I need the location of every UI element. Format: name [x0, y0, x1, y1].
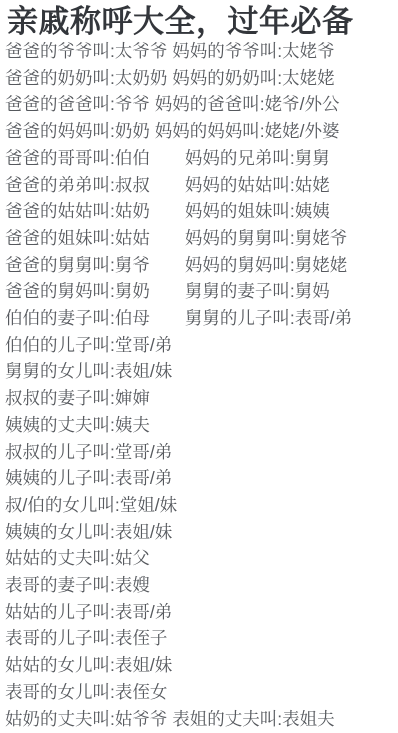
list-item: 爸爸的弟弟叫:叔叔 妈妈的姑姑叫:姑姥 [5, 172, 394, 199]
page-title: 亲戚称呼大全，过年必备 [7, 6, 394, 38]
list-item: 姑奶的丈夫叫:姑爷爷 表姐的丈夫叫:表姐夫 [5, 706, 394, 733]
kinship-list: 爸爸的爷爷叫:太爷爷 妈妈的爷爷叫:太姥爷爸爸的奶奶叫:太奶奶 妈妈的奶奶叫:太… [5, 38, 394, 732]
list-item: 爸爸的爸爸叫:爷爷 妈妈的爸爸叫:姥爷/外公 [5, 91, 394, 118]
list-item: 表哥的儿子叫:表侄子 [5, 625, 394, 652]
list-item: 姨姨的女儿叫:表姐/妹 [5, 519, 394, 546]
list-item: 爸爸的姐妹叫:姑姑 妈妈的舅舅叫:舅姥爷 [5, 225, 394, 252]
list-item: 爸爸的舅舅叫:舅爷 妈妈的舅妈叫:舅姥姥 [5, 252, 394, 279]
list-item: 爸爸的爷爷叫:太爷爷 妈妈的爷爷叫:太姥爷 [5, 38, 394, 65]
list-item: 伯伯的妻子叫:伯母 舅舅的儿子叫:表哥/弟 [5, 305, 394, 332]
list-item: 爸爸的哥哥叫:伯伯 妈妈的兄弟叫:舅舅 [5, 145, 394, 172]
list-item: 叔叔的儿子叫:堂哥/弟 [5, 439, 394, 466]
list-item: 姑姑的儿子叫:表哥/弟 [5, 599, 394, 626]
list-item: 姨姨的儿子叫:表哥/弟 [5, 465, 394, 492]
list-item: 姑姑的女儿叫:表姐/妹 [5, 652, 394, 679]
list-item: 舅舅的女儿叫:表姐/妹 [5, 358, 394, 385]
kinship-guide-page: 亲戚称呼大全，过年必备 爸爸的爷爷叫:太爷爷 妈妈的爷爷叫:太姥爷爸爸的奶奶叫:… [0, 0, 398, 733]
list-item: 姨姨的丈夫叫:姨夫 [5, 412, 394, 439]
list-item: 爸爸的姑姑叫:姑奶 妈妈的姐妹叫:姨姨 [5, 198, 394, 225]
list-item: 表哥的妻子叫:表嫂 [5, 572, 394, 599]
list-item: 姑姑的丈夫叫:姑父 [5, 545, 394, 572]
list-item: 爸爸的奶奶叫:太奶奶 妈妈的奶奶叫:太姥姥 [5, 65, 394, 92]
list-item: 爸爸的舅妈叫:舅奶 舅舅的妻子叫:舅妈 [5, 278, 394, 305]
list-item: 爸爸的妈妈叫:奶奶 妈妈的妈妈叫:姥姥/外婆 [5, 118, 394, 145]
list-item: 伯伯的儿子叫:堂哥/弟 [5, 332, 394, 359]
list-item: 表哥的女儿叫:表侄女 [5, 679, 394, 706]
list-item: 叔叔的妻子叫:婶婶 [5, 385, 394, 412]
list-item: 叔/伯的女儿叫:堂姐/妹 [5, 492, 394, 519]
